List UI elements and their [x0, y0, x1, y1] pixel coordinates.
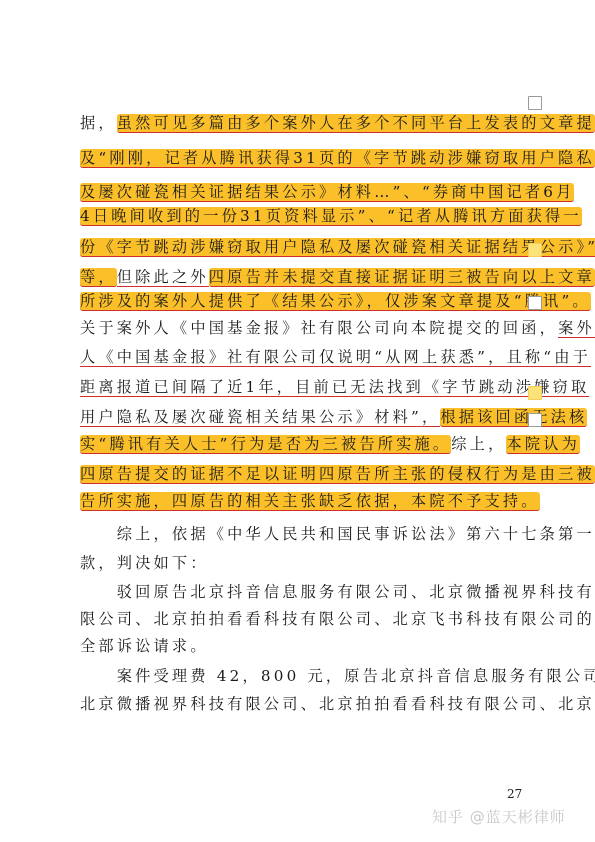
highlighted-text[interactable]: 四原告提交的证据不足以证明四原告所主张的侵权行为是由三被 — [80, 465, 595, 484]
text-line: 等，但除此之外四原告并未提交直接证据证明三被告向以上文章 — [80, 265, 520, 289]
text-segment: 案件受理费 42，800 元，原告北京抖音信息服务有限公司、 — [80, 667, 595, 685]
highlighted-text[interactable]: 等， — [80, 268, 117, 287]
text-line: 综上，依据《中华人民共和国民事诉讼法》第六十七条第一 — [80, 522, 520, 546]
text-segment: 全部诉讼请求。 — [80, 637, 209, 655]
underlined-text[interactable]: 但除此之外 — [117, 268, 209, 287]
text-line: 款，判决如下： — [80, 551, 520, 575]
text-line: 4日晚间收到的一份31页资料显示”、“记者从腾讯方面获得一 — [80, 204, 520, 228]
text-line: 用户隐私及屡次碰瓷相关结果公示》材料”，根据该回函无法核 — [80, 405, 520, 429]
highlighted-text[interactable]: 4日晚间收到的一份31页资料显示”、“记者从腾讯方面获得一 — [80, 207, 582, 226]
text-line: 告所实施，四原告的相关主张缺乏依据，本院不予支持。 — [80, 489, 520, 513]
highlighted-text[interactable]: 及“刚刚，记者从腾讯获得31页的《字节跳动涉嫌窃取用户隐私 — [80, 149, 595, 168]
underlined-text[interactable]: 用户隐私及屡次碰瓷相关结果公示》材料”， — [80, 408, 440, 427]
text-segment: 北京微播视界科技有限公司、北京拍拍看看科技有限公司、北京 — [80, 695, 595, 713]
text-line: 实“腾讯有关人士”行为是否为三被告所实施。综上，本院认为 — [80, 432, 520, 456]
highlighted-text[interactable]: 及屡次碰瓷相关证据结果公示》材料…”、“券商中国记者6月 — [80, 183, 574, 202]
text-line: 四原告提交的证据不足以证明四原告所主张的侵权行为是由三被 — [80, 462, 520, 486]
text-line: 案件受理费 42，800 元，原告北京抖音信息服务有限公司、 — [80, 664, 520, 688]
text-line: 人《中国基金报》社有限公司仅说明“从网上获悉”，且称“由于 — [80, 345, 520, 369]
page-number: 27 — [507, 787, 522, 801]
text-segment: 据， — [80, 114, 117, 132]
highlighted-text[interactable]: 实“腾讯有关人士”行为是否为三被告所实施。 — [80, 435, 451, 454]
underlined-text[interactable]: 案外 — [558, 319, 595, 338]
text-line: 驳回原告北京抖音信息服务有限公司、北京微播视界科技有 — [80, 580, 520, 604]
text-line: 关于案外人《中国基金报》社有限公司向本院提交的回函，案外 — [80, 316, 520, 340]
comment-marker-empty[interactable] — [528, 296, 542, 310]
underlined-text[interactable]: 距离报道已间隔了近1年，目前已无法找到《字节跳动涉嫌窃取 — [80, 378, 589, 397]
text-segment: 款，判决如下： — [80, 554, 209, 572]
highlighted-text[interactable]: 本院认为 — [506, 435, 580, 454]
highlighted-text[interactable]: 虽然可见多篇由多个案外人在多个不同平台上发表的文章提 — [117, 114, 595, 133]
comment-marker-empty[interactable] — [528, 413, 542, 427]
text-segment: 限公司、北京拍拍看看科技有限公司、北京飞书科技有限公司的 — [80, 610, 595, 628]
comment-marker-filled[interactable] — [528, 386, 542, 400]
text-segment: 关于案外人《中国基金报》社有限公司向本院提交的回函， — [80, 319, 558, 337]
text-line: 所涉及的案外人提供了《结果公示》，仅涉案文章提及“腾讯”。 — [80, 289, 520, 313]
text-segment: 综上，依据《中华人民共和国民事诉讼法》第六十七条第一 — [80, 525, 595, 543]
document-page: 据，虽然可见多篇由多个案外人在多个不同平台上发表的文章提 及“刚刚，记者从腾讯获… — [0, 0, 595, 842]
comment-marker-filled[interactable] — [528, 243, 542, 257]
text-line: 及屡次碰瓷相关证据结果公示》材料…”、“券商中国记者6月 — [80, 180, 520, 204]
text-line: 份《字节跳动涉嫌窃取用户隐私及屡次碰瓷相关证据结果公示》” — [80, 235, 520, 259]
text-line: 限公司、北京拍拍看看科技有限公司、北京飞书科技有限公司的 — [80, 607, 520, 631]
text-line: 据，虽然可见多篇由多个案外人在多个不同平台上发表的文章提 — [80, 111, 520, 135]
text-line: 及“刚刚，记者从腾讯获得31页的《字节跳动涉嫌窃取用户隐私 — [80, 146, 520, 170]
watermark: 知乎 @蓝天彬律师 — [432, 806, 566, 827]
text-segment: 综上， — [451, 435, 506, 453]
highlighted-text[interactable]: 告所实施，四原告的相关主张缺乏依据，本院不予支持。 — [80, 492, 540, 511]
highlighted-text[interactable]: 份《字节跳动涉嫌窃取用户隐私及屡次碰瓷相关证据结果公示》” — [80, 238, 595, 257]
text-line: 全部诉讼请求。 — [80, 634, 520, 658]
text-line: 北京微播视界科技有限公司、北京拍拍看看科技有限公司、北京 — [80, 692, 520, 716]
underlined-text[interactable]: 人《中国基金报》社有限公司仅说明“从网上获悉”，且称“由于 — [80, 348, 591, 367]
text-line: 距离报道已间隔了近1年，目前已无法找到《字节跳动涉嫌窃取 — [80, 375, 520, 399]
comment-marker-empty[interactable] — [528, 96, 542, 110]
highlighted-text[interactable]: 四原告并未提交直接证据证明三被告向以上文章 — [209, 268, 595, 287]
highlighted-text[interactable]: 所涉及的案外人提供了《结果公示》，仅涉案文章提及“腾讯”。 — [80, 292, 591, 311]
text-segment: 驳回原告北京抖音信息服务有限公司、北京微播视界科技有 — [80, 583, 595, 601]
highlighted-text[interactable]: 根据该回函无法核 — [440, 408, 587, 427]
